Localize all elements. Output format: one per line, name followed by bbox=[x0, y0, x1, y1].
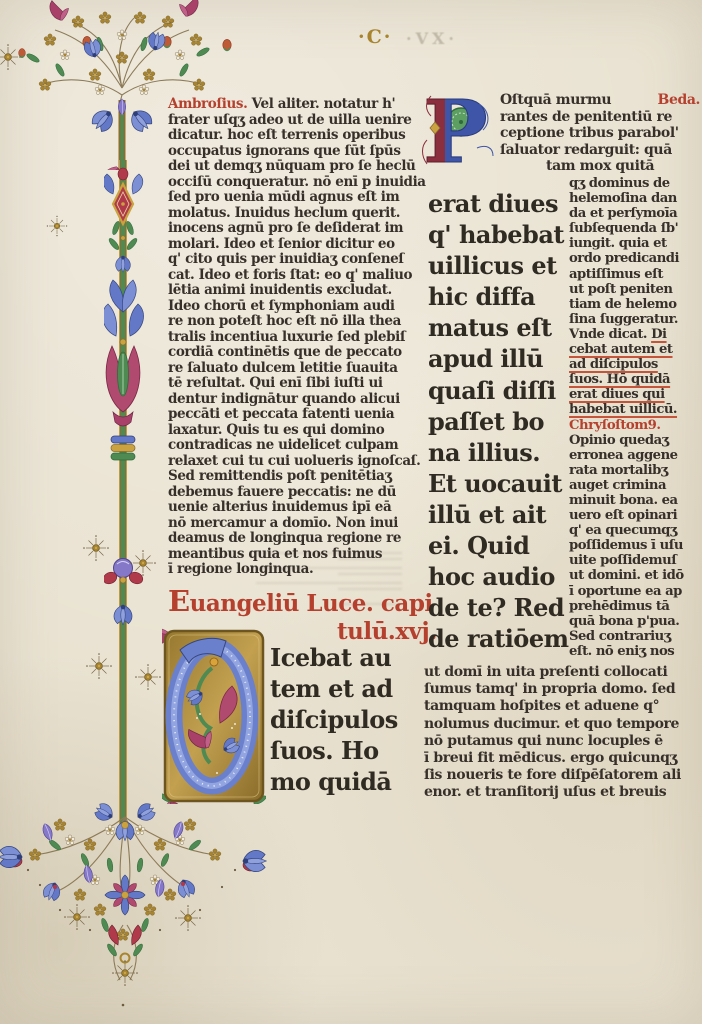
text-line: peccāti et peccata fatenti uenia bbox=[168, 407, 408, 423]
text-line: molatus. Inuidus heclum querit. bbox=[168, 206, 408, 222]
text-line: molari. Ideo et ſenior dicitur eo bbox=[168, 237, 408, 253]
text-line: uenie alterius inuidemus ipī eā bbox=[168, 500, 408, 516]
text-line: ſuos. Hō quidā bbox=[569, 372, 701, 387]
text-line: poſſidemus ī uſu bbox=[569, 538, 701, 553]
text-line: enor. et tranſitorij uſus et breuis bbox=[424, 784, 700, 801]
text-line: dei ut demqʒ nūquam pro ſe heclū bbox=[168, 159, 408, 175]
text-line: quā bona p'pua. bbox=[569, 614, 701, 629]
text-line: auget crimina bbox=[569, 478, 701, 493]
text-line: ī breui fit mēdicus. ergo quicunqʒ bbox=[424, 750, 700, 767]
text-line: quaſi diſſi bbox=[428, 375, 572, 406]
text-line: inocens agnū pro ſe deſiderat im bbox=[168, 221, 408, 237]
text-line: debemus fauere peccatis: ne dū bbox=[168, 485, 408, 501]
text-line: occupatus ignorans que ſūt ſpūs bbox=[168, 144, 408, 160]
text-line: habebat uillicū. bbox=[569, 402, 701, 417]
commentary-column: qʒ dominus dehelemoſina danda et perſymo… bbox=[569, 176, 701, 659]
text-line: ceptione tribus parabol' bbox=[500, 125, 700, 142]
floral-border-bar bbox=[104, 160, 148, 825]
text-line: ut domī in uita preſenti collocati bbox=[424, 664, 700, 681]
text-line: mo quidā bbox=[270, 766, 410, 797]
rubric-line-2: tulū.xvj. bbox=[337, 618, 437, 645]
folio-mark: ·C· bbox=[358, 26, 392, 48]
text-line: uillicus et bbox=[428, 250, 572, 281]
text-line: ī regione longinqua. bbox=[168, 562, 408, 578]
text-line: ſed pro uenia mūdi agnus eſt im bbox=[168, 190, 408, 206]
text-line: ſaluator redarguit: quā bbox=[500, 142, 700, 159]
text-line: uite poſſidemuſ bbox=[569, 553, 701, 568]
text-line: contradicas ne uidelicet culpam bbox=[168, 438, 408, 454]
manuscript-page: ·C· ·VX· Ambroſius. Vel aliter. notatur … bbox=[0, 0, 702, 1024]
text-line: Ideo chorū et ſymphoniam audi bbox=[168, 299, 408, 315]
left-text-column: Ambroſius. Vel aliter. notatur h'frater … bbox=[168, 97, 408, 578]
text-line: Vnde dicat. Di bbox=[569, 327, 701, 342]
text-line: Ambroſius. Vel aliter. notatur h' bbox=[168, 97, 408, 113]
text-line: illū et ait bbox=[428, 499, 572, 530]
text-line: cat. Ideo et foris ſtat: eo q' maliuo bbox=[168, 268, 408, 284]
text-line: occiſū conqueratur. nō enī p inuidia bbox=[168, 175, 408, 191]
text-line: erat diues qui bbox=[569, 387, 701, 402]
text-line: Chryſoſtom9. bbox=[569, 418, 701, 433]
text-line: tralis incentiua luxurie ſed plebiſ bbox=[168, 330, 408, 346]
text-line: matus eſt bbox=[428, 312, 572, 343]
text-line: dentur indignātur quando alicui bbox=[168, 392, 408, 408]
text-line: re non poteſt hoc eſt nō illa thea bbox=[168, 314, 408, 330]
text-line: prehēdimus tā bbox=[569, 599, 701, 614]
text-line: na illius. bbox=[428, 437, 572, 468]
text-line: diſcipulos bbox=[270, 704, 410, 735]
text-line: aptiſſimus eſt bbox=[569, 267, 701, 282]
text-line: q' habebat bbox=[428, 219, 572, 250]
text-line: iungit. quia et bbox=[569, 236, 701, 251]
text-line: apud illū bbox=[428, 343, 572, 374]
floral-border-bottom bbox=[0, 795, 300, 1024]
text-line: ut domini. et idō bbox=[569, 568, 701, 583]
illuminated-initial-d bbox=[162, 628, 266, 804]
text-line: helemoſina dan bbox=[569, 191, 701, 206]
text-line: nō putamus qui nunc locuples ē bbox=[424, 733, 700, 750]
text-line: meantibus quia et nos fuimus bbox=[168, 547, 408, 563]
gospel-text-right: erat diuesq' habebatuillicus ethic diffa… bbox=[428, 188, 572, 654]
text-line: ſina ſuggeratur. bbox=[569, 312, 701, 327]
text-line: tamquam hoſpites et aduene q° bbox=[424, 698, 700, 715]
text-line: ſumus tamq' in propria domo. ſed bbox=[424, 681, 700, 698]
text-line: eſt. nō eniʒ nos bbox=[569, 644, 701, 659]
text-line: ut poſt peniten bbox=[569, 282, 701, 297]
text-line: de te? Red bbox=[428, 592, 572, 623]
svg-text:P: P bbox=[423, 86, 488, 170]
penwork-initial-p: P P bbox=[421, 86, 499, 170]
commentary-intro: Oſtquā murmuBeda.rantes de penitentiū re… bbox=[500, 92, 700, 175]
text-line: Opinio quedaʒ bbox=[569, 433, 701, 448]
text-line: rantes de penitentiū re bbox=[500, 109, 700, 126]
rubric-line-1: Euangeliū Luce. capi bbox=[168, 584, 433, 618]
text-line: relaxet cui tu cui uolueris ignoſcaſ. bbox=[168, 454, 408, 470]
text-line: deamus de longinqua regione re bbox=[168, 531, 408, 547]
text-line: qʒ dominus de bbox=[569, 176, 701, 191]
text-line: lētia animi inuidentis excludat. bbox=[168, 283, 408, 299]
svg-text:P: P bbox=[423, 86, 488, 170]
commentary-bottom: ut domī in uita preſenti collocatiſumus … bbox=[424, 664, 700, 802]
text-line: tiam de helemo bbox=[569, 297, 701, 312]
text-line: ſuos. Ho bbox=[270, 735, 410, 766]
text-line: uero eſt opinari bbox=[569, 508, 701, 523]
show-through-mark: ·VX· bbox=[406, 29, 458, 48]
text-line: ſis noueris te fore diſpēſatorem ali bbox=[424, 767, 700, 784]
text-line: erat diues bbox=[428, 188, 572, 219]
text-line: nō mercamur a domīo. Non inui bbox=[168, 516, 408, 532]
text-line: erronea aggene bbox=[569, 448, 701, 463]
text-line: ī oportune ea ap bbox=[569, 584, 701, 599]
text-line: Sed remittendis poſt penitētiaʒ bbox=[168, 469, 408, 485]
text-line: hic diffa bbox=[428, 281, 572, 312]
text-line: cordiā continētis que de peccato bbox=[168, 345, 408, 361]
text-line: ſubſequenda ſb' bbox=[569, 221, 701, 236]
text-line: Et uocauit bbox=[428, 468, 572, 499]
text-line: ad diſcipulos bbox=[569, 357, 701, 372]
text-line: hoc audio bbox=[428, 561, 572, 592]
text-line: nolumus ducimur. et quo tempore bbox=[424, 716, 700, 733]
text-line: Oſtquā murmuBeda. bbox=[500, 92, 700, 109]
text-line: minuit bona. ea bbox=[569, 493, 701, 508]
text-line: tē reſultat. Qui enī ſibi iuſti ui bbox=[168, 376, 408, 392]
text-line: q' ea quecumqʒ bbox=[569, 523, 701, 538]
text-line: frater uſqʒ adeo ut de uilla uenire bbox=[168, 113, 408, 129]
text-line: ei. Quid bbox=[428, 530, 572, 561]
text-line: q' cito quis per inuidiaʒ conſeneſ bbox=[168, 252, 408, 268]
text-line: da et perſymoīa bbox=[569, 206, 701, 221]
text-line: rata mortalibʒ bbox=[569, 463, 701, 478]
text-line: ordo predicandi bbox=[569, 251, 701, 266]
text-line: paſſet bo bbox=[428, 406, 572, 437]
text-line: de ratiōem bbox=[428, 623, 572, 654]
text-line: dicatur. hoc eſt terrenis operibus bbox=[168, 128, 408, 144]
text-line: re ſaluato dulcem letitie ſuauita bbox=[168, 361, 408, 377]
text-line: laxatur. Quis tu es qui domino bbox=[168, 423, 408, 439]
text-line: cebat autem et bbox=[569, 342, 701, 357]
text-line: tem et ad bbox=[270, 673, 410, 704]
text-line: Icebat au bbox=[270, 642, 410, 673]
gospel-text-left: Icebat autem et addiſcipulosſuos. Homo q… bbox=[270, 642, 410, 797]
text-line: tam mox quitā bbox=[500, 158, 700, 175]
text-line: Sed contrariuʒ bbox=[569, 629, 701, 644]
